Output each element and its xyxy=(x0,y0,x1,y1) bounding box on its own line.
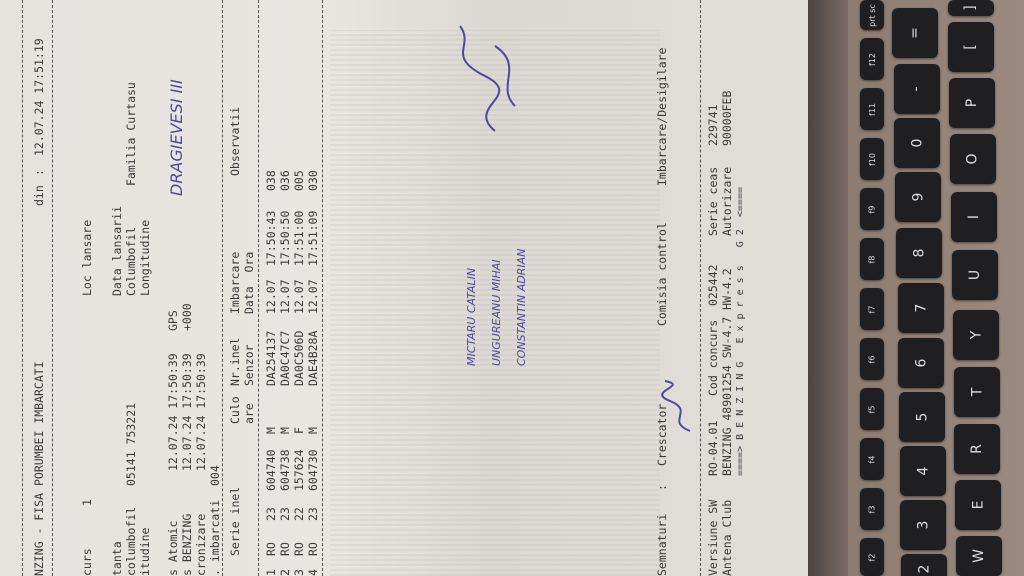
comisia-label: Comisia control xyxy=(655,222,669,326)
columbofil2-value: Familia Curtasu xyxy=(124,82,138,186)
col-nr2: Senzor xyxy=(242,344,256,386)
key-f7[interactable]: f7 xyxy=(860,288,884,330)
row-date: 12.07 xyxy=(292,279,306,314)
sincronizare-value: 12.07.24 17:50:39 xyxy=(194,353,208,471)
row-country: RO xyxy=(292,542,306,556)
key-f3[interactable]: f3 xyxy=(860,488,884,530)
receipt-paper: NZING - FISA PORUMBEI IMBARCATI din : 12… xyxy=(0,0,815,576)
ceas-benzing-value: 12.07.24 17:50:39 xyxy=(180,353,194,471)
key-equals[interactable]: = xyxy=(892,8,938,58)
key-7[interactable]: 7 xyxy=(898,283,944,333)
key-f5[interactable]: f5 xyxy=(860,388,884,430)
footer-brand: ====> B E N Z I N G E x p r e s s G 2 <=… xyxy=(734,187,748,476)
row-sex: M xyxy=(306,427,320,434)
din-value: 12.07.24 17:51:19 xyxy=(32,38,46,156)
key-prtsc[interactable]: prt sc xyxy=(860,0,884,30)
row-idx: 4 xyxy=(306,569,320,576)
row-idx: 2 xyxy=(278,569,292,576)
row-sex: F xyxy=(292,427,306,434)
row-ring: 157624 xyxy=(292,449,306,491)
row-year: 23 xyxy=(264,507,278,521)
concurs-label: curs xyxy=(80,548,94,576)
din-label: din xyxy=(32,185,46,206)
row-obs: 005 xyxy=(292,170,306,191)
key-minus[interactable]: - xyxy=(894,64,940,114)
key-f2[interactable]: f2 xyxy=(860,538,884,576)
row-ring: 604740 xyxy=(264,449,278,491)
cod-concurs-value: 025442 xyxy=(706,264,720,306)
divider xyxy=(700,0,701,576)
key-5[interactable]: 5 xyxy=(899,392,945,442)
row-year: 22 xyxy=(292,507,306,521)
key-f12[interactable]: f12 xyxy=(860,38,884,80)
ceas-atomic-value: 12.07.24 17:50:39 xyxy=(166,353,180,471)
key-t[interactable]: T xyxy=(954,367,1000,417)
row-sensor: DA0C506D xyxy=(292,331,306,386)
row-time: 17:50:43 xyxy=(264,211,278,266)
serie-ceas-value: 229741 xyxy=(706,104,720,146)
ceas-benzing-suffix: +000 xyxy=(180,303,194,331)
key-f9[interactable]: f9 xyxy=(860,188,884,230)
row-idx: 1 xyxy=(264,569,278,576)
latitudine-label: itudine xyxy=(138,528,152,576)
row-ring: 604738 xyxy=(278,449,292,491)
handwritten-club: DRAGIEVESI III xyxy=(170,79,184,196)
row-obs: 038 xyxy=(264,170,278,191)
divider xyxy=(52,0,53,576)
row-sensor: DA0C47C7 xyxy=(278,331,292,386)
row-time: 17:50:50 xyxy=(278,211,292,266)
key-6[interactable]: 6 xyxy=(898,338,944,388)
key-2[interactable]: 2 xyxy=(901,554,947,576)
colon: : xyxy=(32,169,46,176)
key-o[interactable]: O xyxy=(950,134,996,184)
colon: : xyxy=(655,484,669,491)
col-culo2: are xyxy=(242,403,256,424)
col-serie: Serie inel xyxy=(228,487,242,556)
col-nr: Nr.inel xyxy=(228,338,242,386)
row-country: RO xyxy=(264,542,278,556)
col-culo: Culo xyxy=(228,396,242,424)
serie-ceas-label: Serie ceas xyxy=(706,167,720,236)
key-f11[interactable]: f11 xyxy=(860,88,884,130)
row-idx: 3 xyxy=(292,569,306,576)
row-date: 12.07 xyxy=(264,279,278,314)
ceas-atomic-suffix: GPS xyxy=(166,310,180,331)
row-time: 17:51:00 xyxy=(292,211,306,266)
distanta-label: tanta xyxy=(110,541,124,576)
key-e[interactable]: E xyxy=(955,480,1001,530)
handwritten-name-3: CONSTANTIN ADRIAN xyxy=(515,249,529,366)
receipt-content: NZING - FISA PORUMBEI IMBARCATI din : 12… xyxy=(0,0,815,576)
semnaturi-label: Semnaturi xyxy=(655,514,669,576)
row-time: 17:51:09 xyxy=(306,211,320,266)
row-country: RO xyxy=(306,542,320,556)
table-divider xyxy=(222,0,223,576)
versiune-label: Versiune SW xyxy=(706,500,720,576)
signature-breeder xyxy=(660,376,700,436)
laptop-keyboard: prt sc f12 f11 f10 f9 f8 f7 f6 f5 f4 f3 … xyxy=(808,0,1024,576)
longitudine-label: Longitudine xyxy=(138,220,152,296)
table-divider xyxy=(258,0,259,576)
col-imb: Imbarcare xyxy=(228,252,242,314)
key-r[interactable]: R xyxy=(954,424,1000,474)
divider xyxy=(22,0,23,576)
handwritten-name-1: MICTARU CATALIN xyxy=(465,268,479,366)
imbarcati-value: 004 xyxy=(208,465,222,486)
row-sex: M xyxy=(278,427,292,434)
row-country: RO xyxy=(278,542,292,556)
key-f8[interactable]: f8 xyxy=(860,238,884,280)
key-i[interactable]: I xyxy=(951,192,997,242)
receipt-title: NZING - FISA PORUMBEI IMBARCATI xyxy=(32,361,46,576)
key-f6[interactable]: f6 xyxy=(860,338,884,380)
row-obs: 030 xyxy=(306,170,320,191)
imbarcati-label: . imbarcati xyxy=(208,500,222,576)
data-lansarii-label: Data lansarii xyxy=(110,206,124,296)
col-obs: Observatii xyxy=(228,107,242,176)
row-obs: 036 xyxy=(278,170,292,191)
autorizare-label: Autorizare xyxy=(720,167,734,236)
row-sex: M xyxy=(264,427,278,434)
keyboard-bezel xyxy=(808,0,848,576)
row-ring: 604730 xyxy=(306,449,320,491)
concurs-value: 1 xyxy=(80,499,94,506)
autorizare-value: 90000FEB xyxy=(720,91,734,146)
columbofil-label: columbofil xyxy=(124,507,138,576)
row-sensor: DA254137 xyxy=(264,331,278,386)
row-date: 12.07 xyxy=(278,279,292,314)
row-year: 23 xyxy=(278,507,292,521)
key-f4[interactable]: f4 xyxy=(860,438,884,480)
ceas-benzing-label: s BENZING xyxy=(180,514,194,576)
key-3[interactable]: 3 xyxy=(900,500,946,550)
row-sensor: DAE4B28A xyxy=(306,331,320,386)
row-year: 23 xyxy=(306,507,320,521)
sincronizare-label: cronizare xyxy=(194,514,208,576)
key-w[interactable]: W xyxy=(956,536,1002,576)
versiune-value: RO-04.01 xyxy=(706,421,720,476)
key-p[interactable]: P xyxy=(949,78,995,128)
key-f10[interactable]: f10 xyxy=(860,138,884,180)
cod-concurs-label: Cod concurs xyxy=(706,320,720,396)
ceas-atomic-label: s Atomic xyxy=(166,521,180,576)
row-date: 12.07 xyxy=(306,279,320,314)
key-9[interactable]: 9 xyxy=(895,172,941,222)
col-imb2: Data Ora xyxy=(242,252,256,314)
key-lbracket[interactable]: [ xyxy=(948,22,994,72)
table-divider xyxy=(322,0,323,576)
key-y[interactable]: Y xyxy=(953,310,999,360)
key-8[interactable]: 8 xyxy=(896,228,942,278)
key-u[interactable]: U xyxy=(952,250,998,300)
key-0[interactable]: 0 xyxy=(894,118,940,168)
columbofil-value: 05141 753221 xyxy=(124,403,138,486)
columbofil2-label: Columbofil xyxy=(124,227,138,296)
signature-commission xyxy=(455,16,535,136)
loc-lansare-label: Loc lansare xyxy=(80,220,94,296)
key-rbracket[interactable]: ] xyxy=(948,0,994,16)
imbarcare-desigilare-label: Imbarcare/Desigilare xyxy=(655,48,669,186)
antena-value: BENZING 48901254 SW-4.7 HW-4.2 xyxy=(720,268,734,476)
key-4[interactable]: 4 xyxy=(900,446,946,496)
antena-label: Antena Club xyxy=(720,500,734,576)
handwritten-name-2: UNGUREANU MIHAI xyxy=(490,259,504,366)
